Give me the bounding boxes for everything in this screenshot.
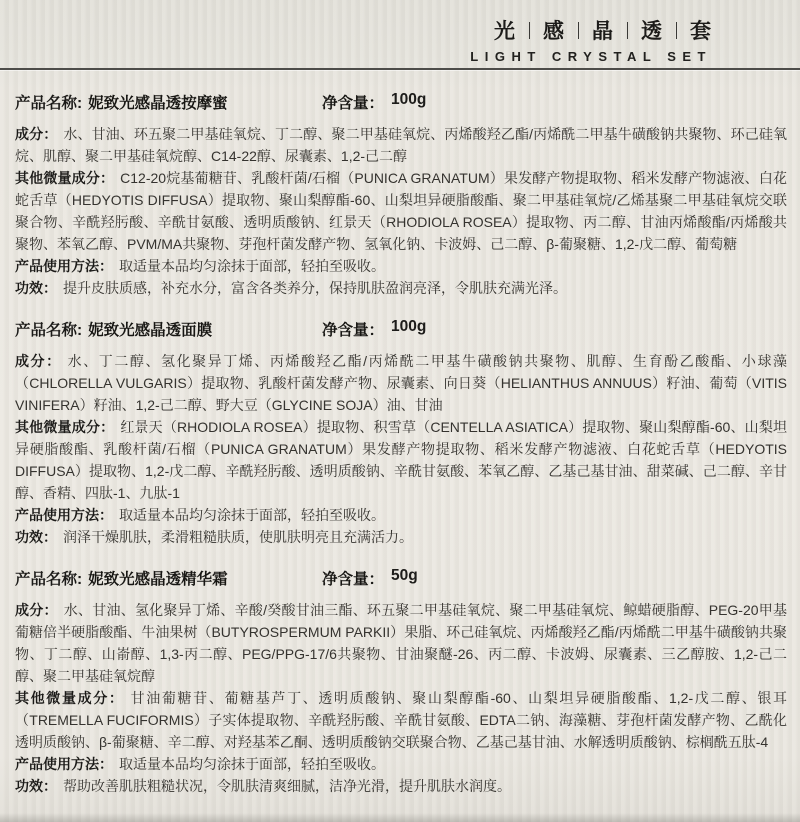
- net-content: 净含量： 100g: [322, 91, 426, 113]
- product-name-row: 产品名称: 妮致光感晶透精华霜 净含量： 50g: [15, 567, 787, 589]
- net-content-value: 100g: [391, 318, 426, 340]
- product-name-value: 妮致光感晶透按摩蜜: [88, 91, 228, 113]
- product-name: 产品名称: 妮致光感晶透面膜: [15, 318, 322, 340]
- efficacy-row: 功效：帮助改善肌肤粗糙状况，令肌肤清爽细腻，洁净光滑，提升肌肤水润度。: [15, 775, 787, 797]
- usage-row: 产品使用方法：取适量本品均匀涂抹于面部，轻拍至吸收。: [15, 753, 787, 775]
- efficacy-row: 功效：润泽干燥肌肤，柔滑粗糙肤质，使肌肤明亮且充满活力。: [15, 526, 787, 548]
- trace-ingredients-row: 其他微量成分：甘油葡糖苷、葡糖基芦丁、透明质酸钠、聚山梨醇酯-60、山梨坦异硬脂…: [15, 687, 787, 753]
- title-separator: [627, 22, 628, 39]
- ingredients-label: 成分：: [15, 602, 58, 618]
- trace-ingredients-label: 其他微量成分：: [15, 419, 114, 435]
- usage-label: 产品使用方法：: [15, 507, 113, 523]
- product-name-row: 产品名称: 妮致光感晶透按摩蜜 净含量： 100g: [15, 91, 787, 113]
- brand-char: 透: [641, 15, 663, 45]
- ingredients-label: 成分：: [15, 353, 62, 369]
- ingredients-row: 成分：水、甘油、氢化聚异丁烯、辛酸/癸酸甘油三酯、环五聚二甲基硅氧烷、聚二甲基硅…: [15, 599, 787, 687]
- efficacy-label: 功效：: [15, 778, 57, 794]
- brand-char: 晶: [592, 15, 614, 45]
- net-content-label: 净含量：: [322, 567, 384, 589]
- ingredients-text: 水、甘油、环五聚二甲基硅氧烷、丁二醇、聚二甲基硅氧烷、丙烯酸羟乙酯/丙烯酰二甲基…: [15, 126, 787, 164]
- brand-char: 感: [543, 15, 565, 45]
- net-content-label: 净含量：: [322, 318, 384, 340]
- efficacy-text: 润泽干燥肌肤，柔滑粗糙肤质，使肌肤明亮且充满活力。: [63, 529, 413, 545]
- ingredients-text: 水、丁二醇、氢化聚异丁烯、丙烯酸羟乙酯/丙烯酰二甲基牛磺酸钠共聚物、肌醇、生育酚…: [15, 353, 787, 413]
- net-content-value: 50g: [391, 567, 418, 589]
- ingredients-text: 水、甘油、氢化聚异丁烯、辛酸/癸酸甘油三酯、环五聚二甲基硅氧烷、聚二甲基硅氧烷、…: [15, 602, 787, 684]
- brand-char: 套: [690, 15, 712, 45]
- product-name-label: 产品名称:: [15, 91, 82, 113]
- bottom-edge-shadow: [0, 813, 800, 822]
- brand-header: 光 感 晶 透 套 LIGHT CRYSTAL SET: [0, 0, 800, 64]
- usage-row: 产品使用方法：取适量本品均匀涂抹于面部，轻拍至吸收。: [15, 255, 787, 277]
- trace-ingredients-text: C12-20烷基葡糖苷、乳酸杆菌/石榴（PUNICA GRANATUM）果发酵产…: [15, 170, 787, 252]
- trace-ingredients-row: 其他微量成分：C12-20烷基葡糖苷、乳酸杆菌/石榴（PUNICA GRANAT…: [15, 167, 787, 255]
- net-content: 净含量： 50g: [322, 567, 418, 589]
- usage-label: 产品使用方法：: [15, 756, 113, 772]
- trace-ingredients-label: 其他微量成分：: [15, 170, 114, 186]
- usage-label: 产品使用方法：: [15, 258, 113, 274]
- net-content-label: 净含量：: [322, 91, 384, 113]
- ingredients-row: 成分：水、丁二醇、氢化聚异丁烯、丙烯酸羟乙酯/丙烯酰二甲基牛磺酸钠共聚物、肌醇、…: [15, 350, 787, 416]
- product-section-massage-honey: 产品名称: 妮致光感晶透按摩蜜 净含量： 100g 成分：水、甘油、环五聚二甲基…: [15, 91, 787, 299]
- efficacy-label: 功效：: [15, 529, 57, 545]
- trace-ingredients-text: 甘油葡糖苷、葡糖基芦丁、透明质酸钠、聚山梨醇酯-60、山梨坦异硬脂酸酯、1,2-…: [15, 690, 787, 750]
- product-section-essence-cream: 产品名称: 妮致光感晶透精华霜 净含量： 50g 成分：水、甘油、氢化聚异丁烯、…: [15, 567, 787, 797]
- product-name-label: 产品名称:: [15, 567, 82, 589]
- net-content-value: 100g: [391, 91, 426, 113]
- trace-ingredients-label: 其他微量成分：: [15, 690, 125, 706]
- trace-ingredients-row: 其他微量成分：红景天（RHODIOLA ROSEA）提取物、积雪草（CENTEL…: [15, 416, 787, 504]
- product-name-row: 产品名称: 妮致光感晶透面膜 净含量： 100g: [15, 318, 787, 340]
- net-content: 净含量： 100g: [322, 318, 426, 340]
- product-name-value: 妮致光感晶透精华霜: [88, 567, 228, 589]
- usage-text: 取适量本品均匀涂抹于面部，轻拍至吸收。: [119, 756, 385, 772]
- usage-row: 产品使用方法：取适量本品均匀涂抹于面部，轻拍至吸收。: [15, 504, 787, 526]
- title-separator: [529, 22, 530, 39]
- usage-text: 取适量本品均匀涂抹于面部，轻拍至吸收。: [119, 507, 385, 523]
- usage-text: 取适量本品均匀涂抹于面部，轻拍至吸收。: [119, 258, 385, 274]
- header-divider-rule: [0, 68, 800, 70]
- brand-title-cn: 光 感 晶 透 套: [494, 15, 712, 45]
- product-name-label: 产品名称:: [15, 318, 82, 340]
- efficacy-text: 提升皮肤质感，补充水分，富含各类养分，保持肌肤盈润亮泽，令肌肤充满光泽。: [63, 280, 567, 296]
- product-name-value: 妮致光感晶透面膜: [88, 318, 212, 340]
- efficacy-label: 功效：: [15, 280, 57, 296]
- ingredients-row: 成分：水、甘油、环五聚二甲基硅氧烷、丁二醇、聚二甲基硅氧烷、丙烯酸羟乙酯/丙烯酰…: [15, 123, 787, 167]
- efficacy-text: 帮助改善肌肤粗糙状况，令肌肤清爽细腻，洁净光滑，提升肌肤水润度。: [63, 778, 511, 794]
- title-separator: [578, 22, 579, 39]
- trace-ingredients-text: 红景天（RHODIOLA ROSEA）提取物、积雪草（CENTELLA ASIA…: [15, 419, 787, 501]
- product-name: 产品名称: 妮致光感晶透精华霜: [15, 567, 322, 589]
- label-page: 光 感 晶 透 套 LIGHT CRYSTAL SET 产品名称: 妮致光感晶透…: [0, 0, 800, 822]
- brand-title-en: LIGHT CRYSTAL SET: [0, 49, 712, 64]
- title-separator: [676, 22, 677, 39]
- product-name: 产品名称: 妮致光感晶透按摩蜜: [15, 91, 322, 113]
- efficacy-row: 功效：提升皮肤质感，补充水分，富含各类养分，保持肌肤盈润亮泽，令肌肤充满光泽。: [15, 277, 787, 299]
- ingredients-label: 成分：: [15, 126, 57, 142]
- product-section-face-mask: 产品名称: 妮致光感晶透面膜 净含量： 100g 成分：水、丁二醇、氢化聚异丁烯…: [15, 318, 787, 548]
- brand-char: 光: [494, 15, 516, 45]
